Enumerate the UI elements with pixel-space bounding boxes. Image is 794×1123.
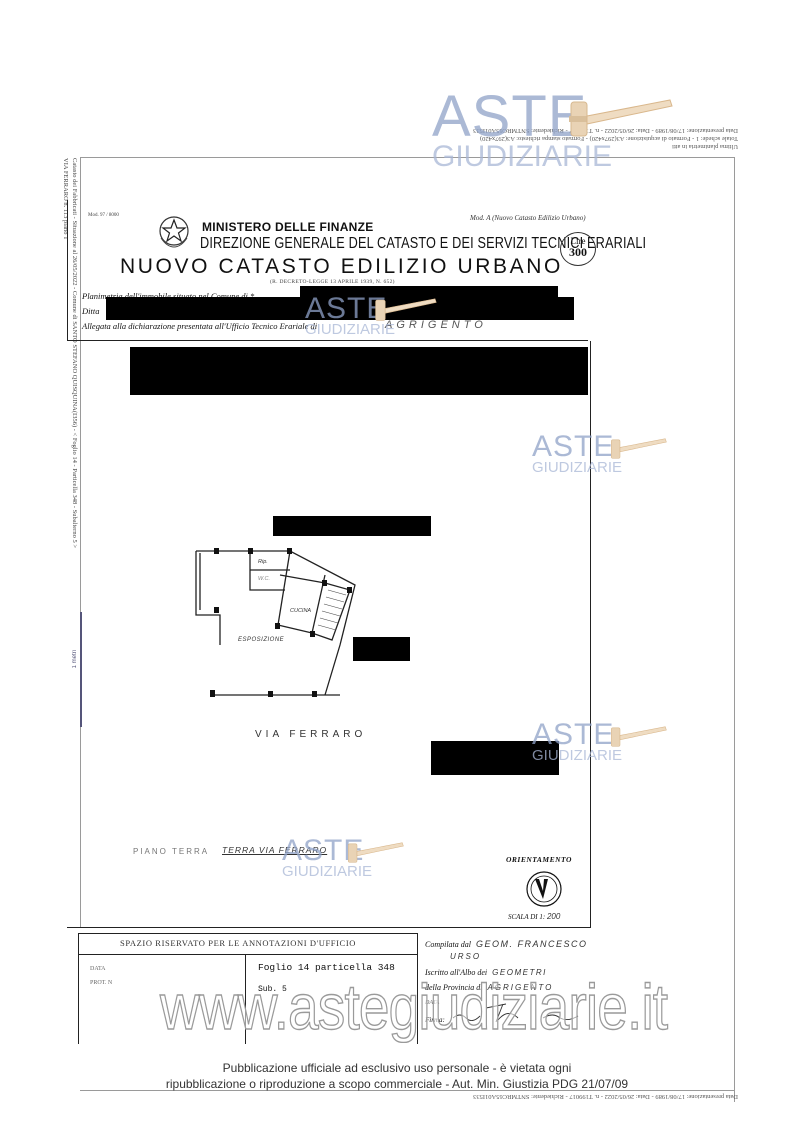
- compass-icon: [524, 869, 564, 909]
- compiled-by-label: Compilata dal GEOM. FRANCESCO: [425, 939, 588, 949]
- decree-line: (R. DECRETO-LEGGE 13 APRILE 1939, N. 652…: [270, 279, 395, 285]
- prot-label: PROT. N: [90, 980, 112, 986]
- gavel-icon: [608, 722, 668, 750]
- owner-line: Ditta: [82, 306, 99, 316]
- document-title: NUOVO CATASTO EDILIZIO URBANO: [120, 255, 563, 279]
- room-label-wc: Rip.: [258, 559, 268, 565]
- office-box-title: SPAZIO RISERVATO PER LE ANNOTAZIONI D'UF…: [120, 938, 356, 948]
- room-label-kitchen: CUCINA: [290, 608, 311, 614]
- footer-line-1: Pubblicazione ufficiale ad esclusivo uso…: [0, 1061, 794, 1075]
- stamp-value: 300: [561, 246, 595, 258]
- frame-right-line: [734, 157, 735, 1102]
- gavel-icon: [345, 838, 405, 866]
- gavel-icon: [608, 434, 668, 462]
- model-label: Mod. A (Nuovo Catasto Edilizio Urbano): [470, 214, 586, 222]
- stamp-circle: Lire 300: [560, 232, 596, 266]
- gavel-icon: [372, 294, 438, 324]
- room-label-store: W.C.: [258, 576, 270, 582]
- room-label-main: ESPOSIZIONE: [238, 637, 284, 643]
- street-label: VIA FERRARO: [255, 729, 366, 740]
- site-watermark: www.astegiudiziarie.it: [160, 970, 667, 1044]
- ministry-heading: MINISTERO DELLE FINANZE: [202, 220, 374, 234]
- attached-line: Allegata alla dichiarazione presentata a…: [82, 321, 317, 331]
- top-meta-line-1: Ultima planimetria in atti: [672, 143, 738, 150]
- republic-emblem-icon: [157, 213, 191, 249]
- footer-line-2: ripubblicazione o riproduzione a scopo c…: [0, 1077, 794, 1091]
- date-label: DATA: [90, 966, 106, 972]
- orientation-label: ORIENTAMENTO: [506, 855, 572, 864]
- gavel-icon: [565, 92, 675, 142]
- bottom-meta-line: Data presentazione: 17/08/1989 - Data: 2…: [473, 1093, 738, 1100]
- corner-stamp: Mod. 97 / 8000: [88, 213, 134, 218]
- office-box-divider: [78, 954, 417, 955]
- floor-label-print: PIANO TERRA: [133, 847, 209, 856]
- scale-label: SCALA DI 1: 200: [508, 912, 560, 921]
- floor-plan: [190, 545, 370, 705]
- compiler-surname: URSO: [450, 952, 481, 961]
- frame-top-line: [80, 157, 735, 158]
